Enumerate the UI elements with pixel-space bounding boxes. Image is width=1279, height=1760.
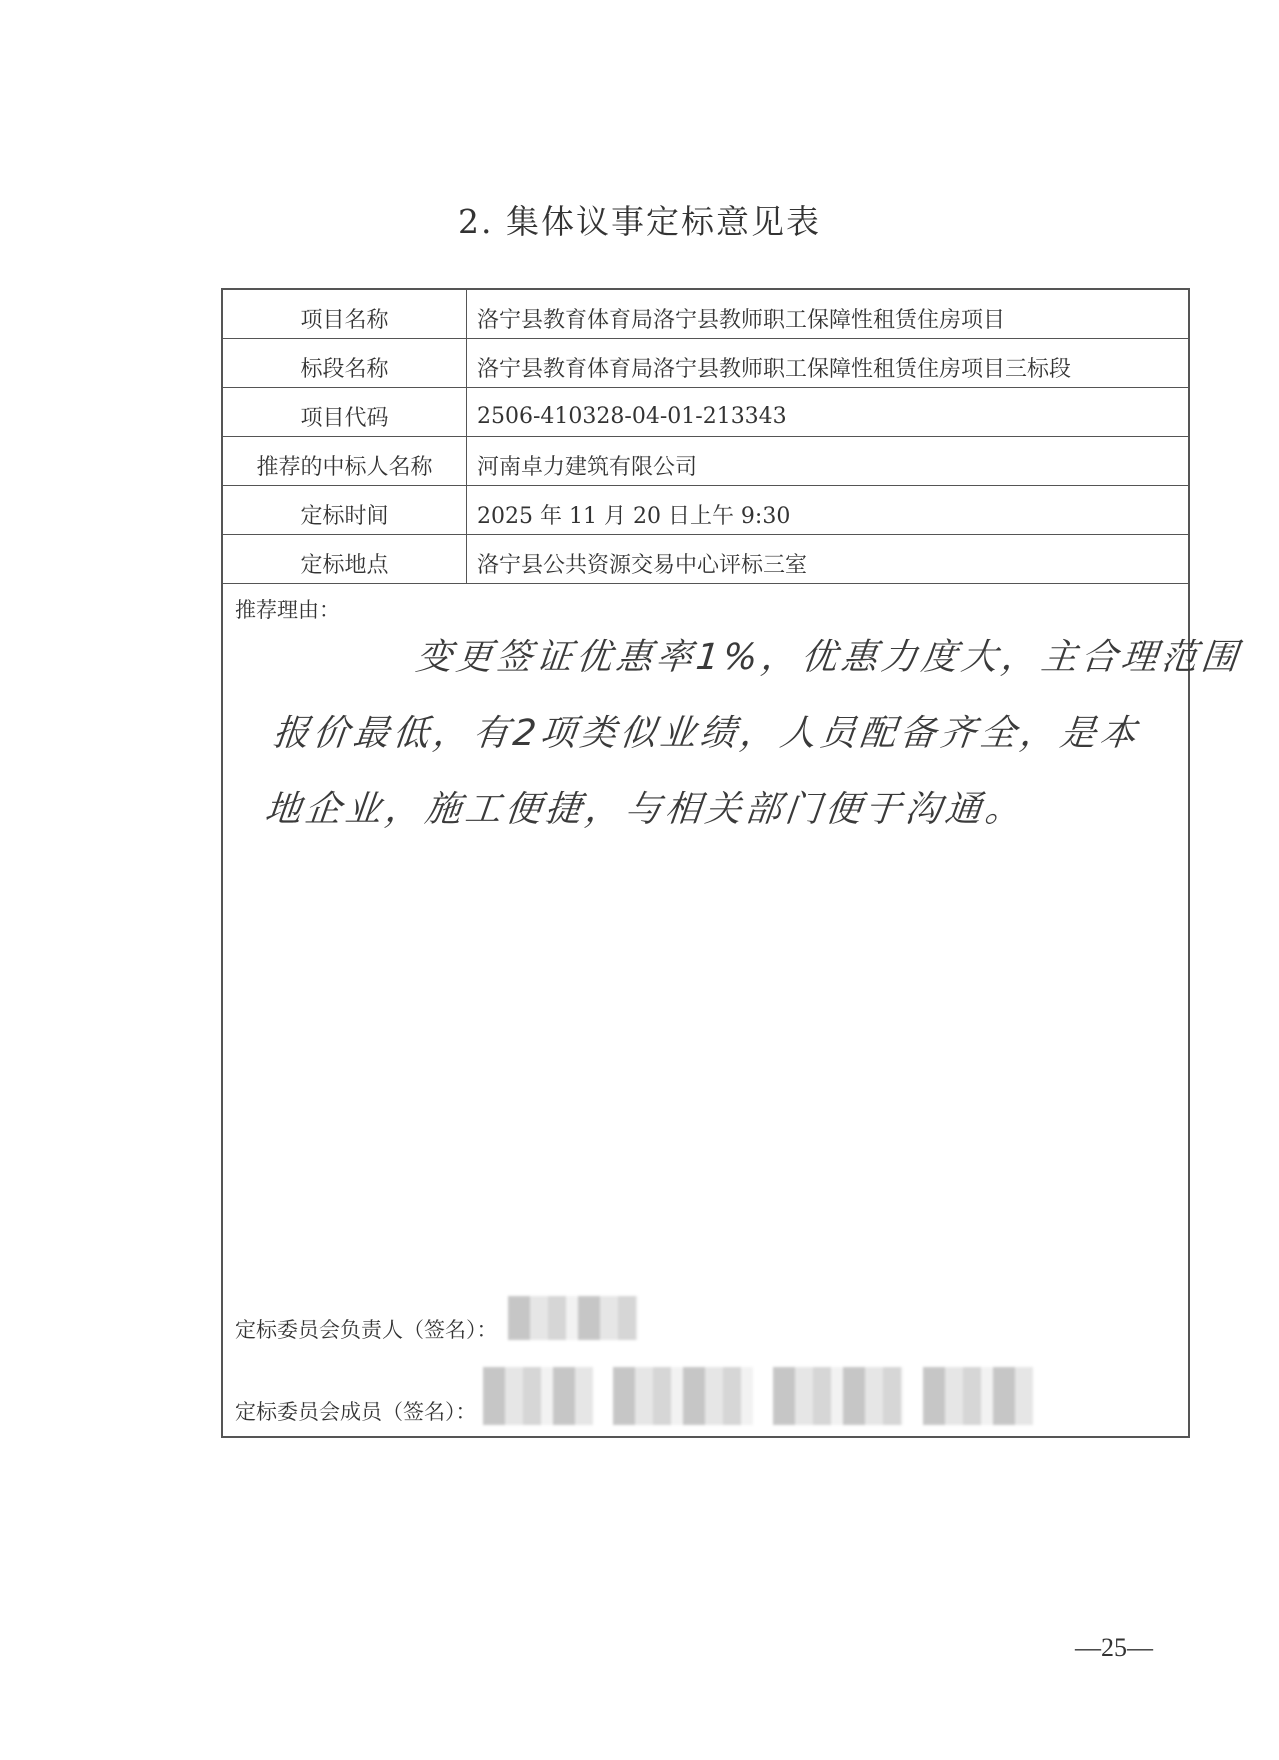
page-number: —25— (1075, 1633, 1153, 1663)
row-label: 项目代码 (223, 388, 467, 436)
redacted-signature (613, 1367, 753, 1425)
handwritten-line: 变更签证优惠率1%，优惠力度大，主合理范围 (277, 620, 1185, 696)
table-row-project-code: 项目代码 2506-410328-04-01-213343 (223, 388, 1188, 437)
redacted-signature (773, 1367, 903, 1425)
redacted-signature (923, 1367, 1033, 1425)
handwritten-reason: 变更签证优惠率1%，优惠力度大，主合理范围 报价最低，有2项类似业绩，人员配备齐… (261, 620, 1185, 848)
table-row-decision-time: 定标时间 2025 年 11 月 20 日上午 9:30 (223, 486, 1188, 535)
row-value: 洛宁县公共资源交易中心评标三室 (467, 535, 1188, 583)
members-signature-label: 定标委员会成员（签名）： (235, 1396, 477, 1426)
leader-signature-row: 定标委员会负责人（签名）： (235, 1314, 638, 1344)
handwritten-line: 地企业，施工便捷，与相关部门便于沟通。 (261, 772, 1169, 848)
table-row-section-name: 标段名称 洛宁县教育体育局洛宁县教师职工保障性租赁住房项目三标段 (223, 339, 1188, 388)
table-row-decision-location: 定标地点 洛宁县公共资源交易中心评标三室 (223, 535, 1188, 584)
row-value: 河南卓力建筑有限公司 (467, 437, 1188, 485)
leader-signature-label: 定标委员会负责人（签名）： (235, 1314, 498, 1344)
redacted-signature (483, 1367, 593, 1425)
redacted-signature (508, 1296, 638, 1340)
handwritten-line: 报价最低，有2项类似业绩，人员配备齐全，是本 (269, 696, 1177, 772)
redacted-signatures (483, 1367, 1033, 1425)
row-value: 洛宁县教育体育局洛宁县教师职工保障性租赁住房项目三标段 (467, 339, 1188, 387)
row-value: 2025 年 11 月 20 日上午 9:30 (467, 486, 1188, 534)
recommendation-reason-cell: 推荐理由： 变更签证优惠率1%，优惠力度大，主合理范围 报价最低，有2项类似业绩… (223, 584, 1188, 1436)
bid-decision-form-table: 项目名称 洛宁县教育体育局洛宁县教师职工保障性租赁住房项目 标段名称 洛宁县教育… (221, 288, 1190, 1438)
row-value: 2506-410328-04-01-213343 (467, 388, 1188, 436)
table-row-recommended-bidder: 推荐的中标人名称 河南卓力建筑有限公司 (223, 437, 1188, 486)
row-value: 洛宁县教育体育局洛宁县教师职工保障性租赁住房项目 (467, 290, 1188, 338)
row-label: 项目名称 (223, 290, 467, 338)
row-label: 定标时间 (223, 486, 467, 534)
members-signature-row: 定标委员会成员（签名）： (235, 1396, 1033, 1426)
table-row-project-name: 项目名称 洛宁县教育体育局洛宁县教师职工保障性租赁住房项目 (223, 290, 1188, 339)
row-label: 定标地点 (223, 535, 467, 583)
page-title: 2. 集体议事定标意见表 (0, 196, 1279, 243)
row-label: 标段名称 (223, 339, 467, 387)
row-label: 推荐的中标人名称 (223, 437, 467, 485)
